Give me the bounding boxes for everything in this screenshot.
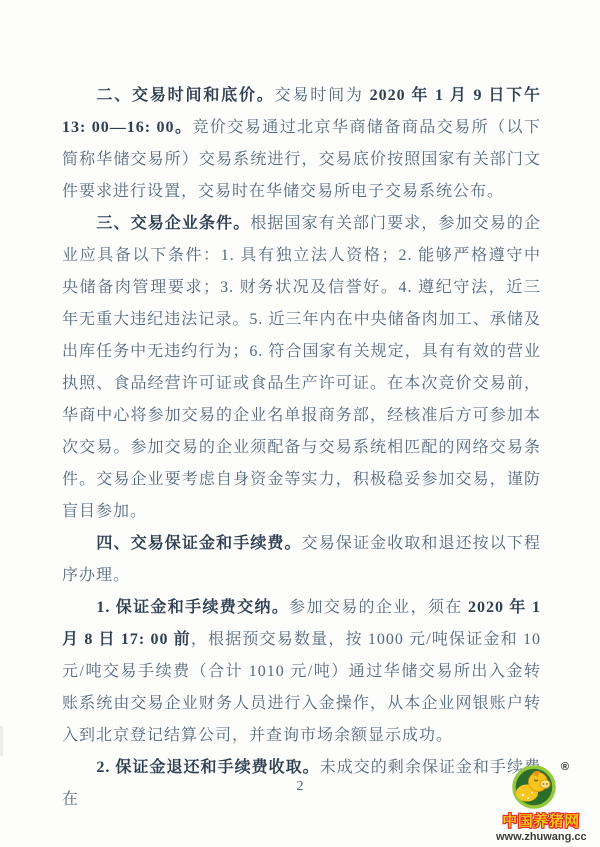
zhuwang-watermark: ® 中国养猪网 www.zhuwang.cc: [496, 762, 586, 843]
pig-logo-icon: [511, 764, 557, 810]
registered-trademark-icon: ®: [561, 762, 569, 773]
text-segment: 二、交易时间和底价。: [96, 87, 274, 104]
text-segment: 三、交易企业条件。: [96, 215, 250, 232]
text-segment: 1. 保证金和手续费交纳。: [96, 599, 289, 616]
watermark-url: www.zhuwang.cc: [496, 832, 586, 843]
scan-artifact: [0, 726, 3, 756]
text-segment: 参加交易的企业，须在: [289, 599, 468, 616]
text-segment: 四、交易保证金和手续费。: [96, 535, 301, 552]
text-segment: 根据国家有关部门要求，参加交易的企业应具备以下条件：1. 具有独立法人资格；2.…: [62, 215, 541, 520]
paragraph-section-deposit-and-fees: 四、交易保证金和手续费。交易保证金收取和退还按以下程序办理。: [62, 528, 541, 592]
watermark-logo: ®: [496, 762, 586, 810]
paragraph-item-deposit-payment: 1. 保证金和手续费交纳。参加交易的企业，须在 2020 年 1 月 8 日 1…: [62, 592, 541, 752]
paragraph-section-trading-time: 二、交易时间和底价。交易时间为 2020 年 1 月 9 日下午 13: 00—…: [62, 80, 541, 208]
paragraph-section-enterprise-conditions: 三、交易企业条件。根据国家有关部门要求，参加交易的企业应具备以下条件：1. 具有…: [62, 208, 541, 528]
text-segment: 2. 保证金退还和手续费收取。: [96, 759, 319, 776]
document-body: 二、交易时间和底价。交易时间为 2020 年 1 月 9 日下午 13: 00—…: [62, 80, 541, 816]
text-segment: 交易时间为: [275, 87, 370, 104]
watermark-title: 中国养猪网: [496, 814, 586, 829]
